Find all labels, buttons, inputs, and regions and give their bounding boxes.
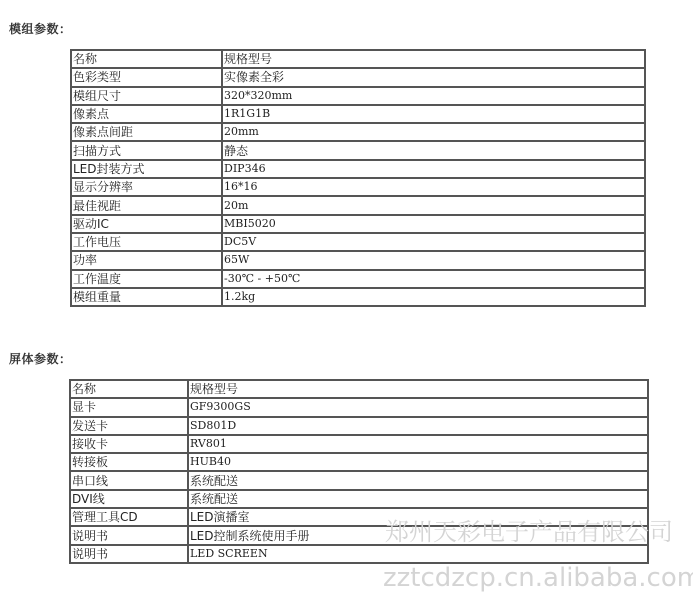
param-value: DC5V (222, 233, 645, 251)
param-value: GF9300GS (188, 398, 648, 416)
param-value: HUB40 (188, 453, 648, 471)
param-value: DIP346 (222, 160, 645, 178)
watermark-url: zztcdzcp.cn.alibaba.com (383, 563, 693, 593)
param-name: DVI线 (70, 490, 188, 508)
param-value: 16*16 (222, 178, 645, 196)
param-name: 接收卡 (70, 435, 188, 453)
table-row: 转接板HUB40 (70, 453, 648, 471)
table-header-row: 名称 规格型号 (71, 50, 645, 68)
table-row: 说明书LED控制系统使用手册 (70, 526, 648, 544)
header-cell-name: 名称 (70, 380, 188, 398)
param-name: LED封装方式 (71, 160, 222, 178)
param-name: 工作温度 (71, 270, 222, 288)
param-name: 说明书 (70, 526, 188, 544)
table-row: 扫描方式静态 (71, 141, 645, 159)
param-name: 串口线 (70, 471, 188, 489)
param-value: RV801 (188, 435, 648, 453)
header-cell-name: 名称 (71, 50, 222, 68)
table-row: DVI线系统配送 (70, 490, 648, 508)
param-value: LED控制系统使用手册 (188, 526, 648, 544)
module-params-table: 名称 规格型号 色彩类型实像素全彩 模组尺寸320*320mm 像素点1R1G1… (70, 49, 646, 307)
table-row: 串口线系统配送 (70, 471, 648, 489)
param-name: 像素点间距 (71, 123, 222, 141)
table-row: 工作电压DC5V (71, 233, 645, 251)
table-row: 功率65W (71, 251, 645, 269)
param-value: SD801D (188, 417, 648, 435)
param-name: 发送卡 (70, 417, 188, 435)
param-value: 系统配送 (188, 471, 648, 489)
param-value: -30℃ - +50℃ (222, 270, 645, 288)
header-cell-spec: 规格型号 (222, 50, 645, 68)
param-value: MBI5020 (222, 215, 645, 233)
table-row: 工作温度-30℃ - +50℃ (71, 270, 645, 288)
param-value: 1.2kg (222, 288, 645, 306)
param-name: 转接板 (70, 453, 188, 471)
param-value: 20mm (222, 123, 645, 141)
table-row: 接收卡RV801 (70, 435, 648, 453)
table-header-row: 名称 规格型号 (70, 380, 648, 398)
param-value: LED演播室 (188, 508, 648, 526)
param-name: 模组尺寸 (71, 87, 222, 105)
screen-params-heading: 屏体参数： (9, 350, 72, 367)
param-name: 工作电压 (71, 233, 222, 251)
table-row: 模组尺寸320*320mm (71, 87, 645, 105)
table-row: 显示分辨率16*16 (71, 178, 645, 196)
param-name: 色彩类型 (71, 68, 222, 86)
param-value: LED SCREEN (188, 545, 648, 563)
table-row: 最佳视距20m (71, 196, 645, 214)
param-value: 65W (222, 251, 645, 269)
header-cell-spec: 规格型号 (188, 380, 648, 398)
param-name: 显示分辨率 (71, 178, 222, 196)
param-name: 显卡 (70, 398, 188, 416)
table-row: 像素点1R1G1B (71, 105, 645, 123)
param-name: 模组重量 (71, 288, 222, 306)
table-row: LED封装方式DIP346 (71, 160, 645, 178)
param-name: 驱动IC (71, 215, 222, 233)
param-value: 静态 (222, 141, 645, 159)
screen-params-table: 名称 规格型号 显卡GF9300GS 发送卡SD801D 接收卡RV801 转接… (69, 379, 649, 564)
table-row: 驱动ICMBI5020 (71, 215, 645, 233)
param-value: 系统配送 (188, 490, 648, 508)
param-value: 实像素全彩 (222, 68, 645, 86)
param-value: 20m (222, 196, 645, 214)
table-row: 显卡GF9300GS (70, 398, 648, 416)
table-row: 发送卡SD801D (70, 417, 648, 435)
param-value: 1R1G1B (222, 105, 645, 123)
module-params-heading: 模组参数： (9, 20, 72, 37)
param-name: 说明书 (70, 545, 188, 563)
table-row: 说明书LED SCREEN (70, 545, 648, 563)
param-name: 像素点 (71, 105, 222, 123)
table-row: 像素点间距20mm (71, 123, 645, 141)
param-name: 扫描方式 (71, 141, 222, 159)
param-name: 功率 (71, 251, 222, 269)
table-row: 模组重量1.2kg (71, 288, 645, 306)
param-name: 管理工具CD (70, 508, 188, 526)
param-name: 最佳视距 (71, 196, 222, 214)
table-row: 管理工具CDLED演播室 (70, 508, 648, 526)
param-value: 320*320mm (222, 87, 645, 105)
table-row: 色彩类型实像素全彩 (71, 68, 645, 86)
